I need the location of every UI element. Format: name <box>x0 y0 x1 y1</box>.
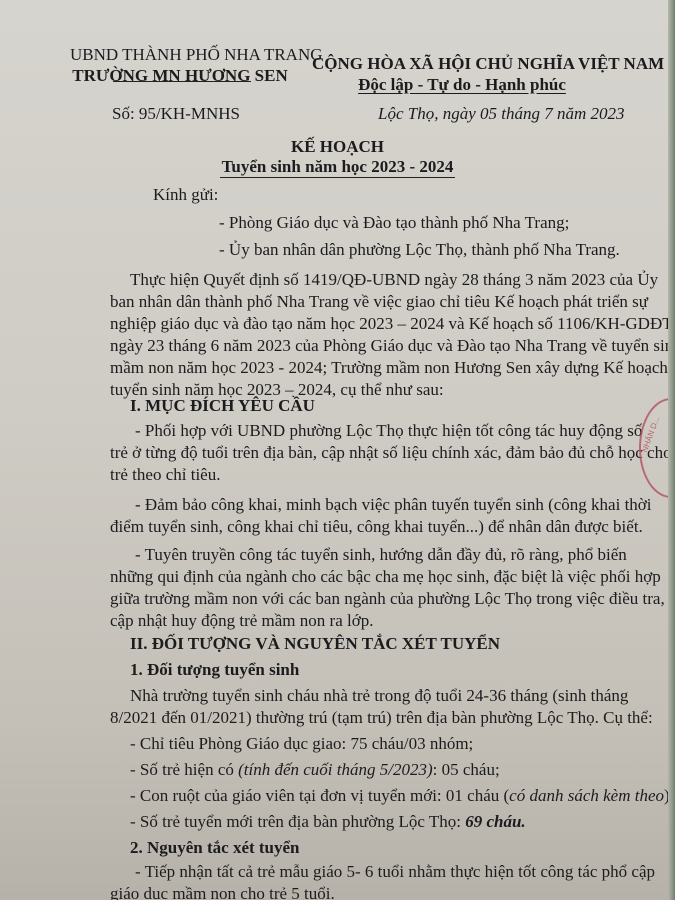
subtitle-text: Tuyển sinh năm học 2023 - 2024 <box>220 157 456 178</box>
document-number: Số: 95/KH-MNHS <box>112 104 240 124</box>
section-line: những qui định của ngành cho các bậc cha… <box>110 567 604 587</box>
section-line: trẻ ở từng độ tuổi trên địa bàn, cập nhậ… <box>110 443 604 463</box>
section-heading: I. MỤC ĐÍCH YÊU CẦU <box>130 396 315 416</box>
subsection-heading: 2. Nguyên tắc xét tuyển <box>130 838 300 858</box>
recipients-label: Kính gửi: <box>153 185 218 205</box>
item-text: - Con ruột của giáo viên tại đơn vị tuyể… <box>130 786 509 805</box>
item-note: có danh sách kèm theo <box>509 786 664 805</box>
intro-line: mầm non năm học 2023 - 2024; Trường mầm … <box>110 358 604 378</box>
target-item: - Số trẻ hiện có (tính đến cuối tháng 5/… <box>130 760 500 780</box>
item-value: 69 cháu. <box>465 812 525 831</box>
document-page: UBND THÀNH PHỐ NHA TRANG TRƯỜNG MN HƯƠNG… <box>0 0 675 900</box>
section-line: - Phối hợp với UBND phường Lộc Thọ thực … <box>135 421 604 441</box>
target-item: - Chỉ tiêu Phòng Giáo dục giao: 75 cháu/… <box>130 734 473 754</box>
intro-line: nghiệp giáo dục và đào tạo năm học 2023 … <box>110 314 604 334</box>
section-line: cập nhật huy động trẻ mầm non ra lớp. <box>110 611 604 631</box>
page-edge <box>668 0 675 900</box>
issuing-authority: UBND THÀNH PHỐ NHA TRANG TRƯỜNG MN HƯƠNG… <box>70 44 290 86</box>
recipient-item: - Phòng Giáo dục và Đào tạo thành phố Nh… <box>219 213 569 233</box>
subsection-line: giáo dục mầm non cho trẻ 5 tuổi. <box>110 884 604 900</box>
document-subtitle: Tuyển sinh năm học 2023 - 2024 <box>0 157 675 177</box>
national-heading: CỘNG HÒA XÃ HỘI CHỦ NGHĨA VIỆT NAM Độc l… <box>312 53 612 95</box>
intro-line: Thực hiện Quyết định số 1419/QĐ-UBND ngà… <box>130 270 604 290</box>
item-note: (tính đến cuối tháng 5/2023) <box>238 760 433 779</box>
subsection-line: 8/2021 đến 01/2021) thường trú (tạm trú)… <box>110 708 604 728</box>
section-heading: II. ĐỐI TƯỢNG VÀ NGUYÊN TẮC XÉT TUYỂN <box>130 634 500 654</box>
intro-line: ngày 23 tháng 6 năm 2023 của Phòng Giáo … <box>110 336 604 356</box>
target-item: - Số trẻ tuyển mới trên địa bàn phường L… <box>130 812 526 832</box>
section-line: - Tuyên truyền công tác tuyển sinh, hướn… <box>135 545 604 565</box>
subsection-line: Nhà trường tuyển sinh cháu nhà trẻ trong… <box>130 686 604 706</box>
intro-line: ban nhân dân thành phố Nha Trang về việc… <box>110 292 604 312</box>
school-underline <box>113 81 251 82</box>
recipient-item: - Ủy ban nhân dân phường Lộc Thọ, thành … <box>219 240 620 260</box>
school-name: TRƯỜNG MN HƯƠNG SEN <box>70 65 290 86</box>
national-motto: Độc lập - Tự do - Hạnh phúc <box>358 75 566 94</box>
document-title: KẾ HOẠCH <box>0 137 675 157</box>
section-line: trẻ theo chỉ tiêu. <box>110 465 604 485</box>
item-text: - Số trẻ tuyển mới trên địa bàn phường L… <box>130 812 465 831</box>
subsection-line: - Tiếp nhận tất cả trẻ mẫu giáo 5- 6 tuổ… <box>135 862 604 882</box>
country-name: CỘNG HÒA XÃ HỘI CHỦ NGHĨA VIỆT NAM <box>312 53 612 74</box>
section-line: - Đảm bảo công khai, minh bạch việc phân… <box>135 495 604 515</box>
subsection-heading: 1. Đối tượng tuyển sinh <box>130 660 299 680</box>
section-line: giữa trường mầm non với các ban ngành củ… <box>110 589 604 609</box>
section-line: điểm tuyển sinh, công khai chỉ tiêu, côn… <box>110 517 604 537</box>
target-item: - Con ruột của giáo viên tại đơn vị tuyể… <box>130 786 670 806</box>
place-date: Lộc Thọ, ngày 05 tháng 7 năm 2023 <box>378 104 625 124</box>
organization-name: UBND THÀNH PHỐ NHA TRANG <box>70 44 290 65</box>
item-value: : 05 cháu; <box>433 760 500 779</box>
item-text: - Số trẻ hiện có <box>130 760 238 779</box>
